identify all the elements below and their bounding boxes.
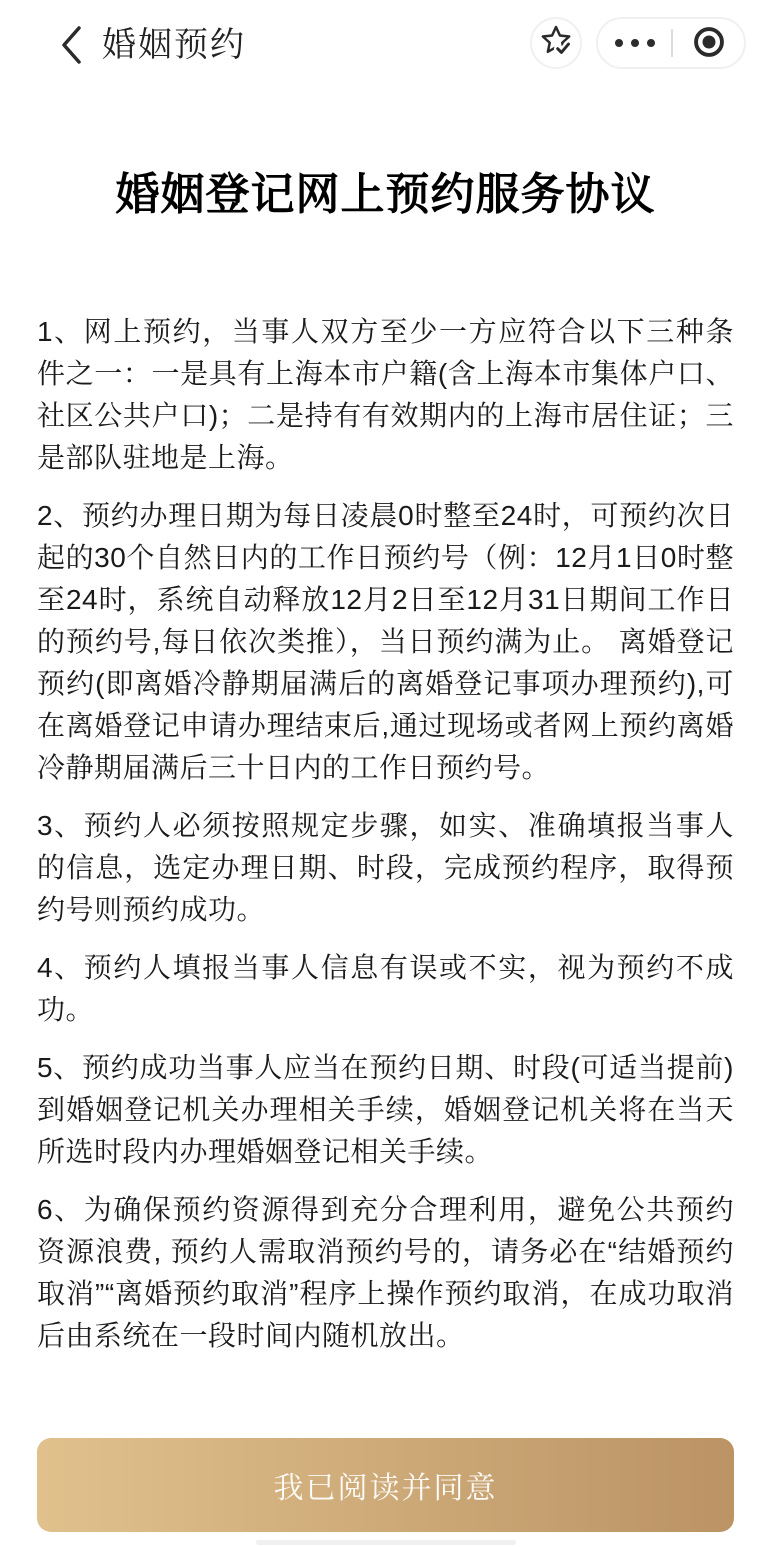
star-check-icon xyxy=(536,22,576,65)
agreement-title: 婚姻登记网上预约服务协议 xyxy=(37,165,734,225)
nav-title: 婚姻预约 xyxy=(102,28,246,62)
capsule-divider xyxy=(671,29,673,57)
agreement-paragraph-1: 1、网上预约，当事人双方至少一方应符合以下三种条件之一：一是具有上海本市户籍(含… xyxy=(37,311,734,479)
more-menu-button[interactable] xyxy=(613,33,657,53)
home-indicator xyxy=(256,1540,516,1545)
exit-button[interactable] xyxy=(688,21,730,66)
agree-button[interactable]: 我已阅读并同意 xyxy=(37,1438,734,1532)
agreement-paragraph-5: 5、预约成功当事人应当在预约日期、时段(可适当提前)到婚姻登记机关办理相关手续，… xyxy=(37,1047,734,1173)
ellipsis-icon xyxy=(615,39,623,47)
nav-bar: 婚姻预约 xyxy=(0,0,771,90)
chevron-left-icon xyxy=(58,24,84,66)
favorite-button[interactable] xyxy=(530,17,582,69)
record-circle-icon xyxy=(690,23,728,64)
nav-right-controls xyxy=(530,17,746,69)
agreement-content: 婚姻登记网上预约服务协议 1、网上预约，当事人双方至少一方应符合以下三种条件之一… xyxy=(0,165,771,1357)
mini-program-screen: 婚姻预约 xyxy=(0,0,771,1547)
agreement-paragraph-4: 4、预约人填报当事人信息有误或不实，视为预约不成功。 xyxy=(37,947,734,1031)
agreement-paragraph-2: 2、预约办理日期为每日凌晨0时整至24时，可预约次日起的30个自然日内的工作日预… xyxy=(37,495,734,789)
back-button[interactable] xyxy=(58,24,84,66)
agreement-paragraph-3: 3、预约人必须按照规定步骤，如实、准确填报当事人的信息，选定办理日期、时段，完成… xyxy=(37,805,734,931)
agreement-paragraph-6: 6、为确保预约资源得到充分合理利用，避免公共预约资源浪费, 预约人需取消预约号的… xyxy=(37,1189,734,1357)
wechat-capsule xyxy=(596,17,746,69)
